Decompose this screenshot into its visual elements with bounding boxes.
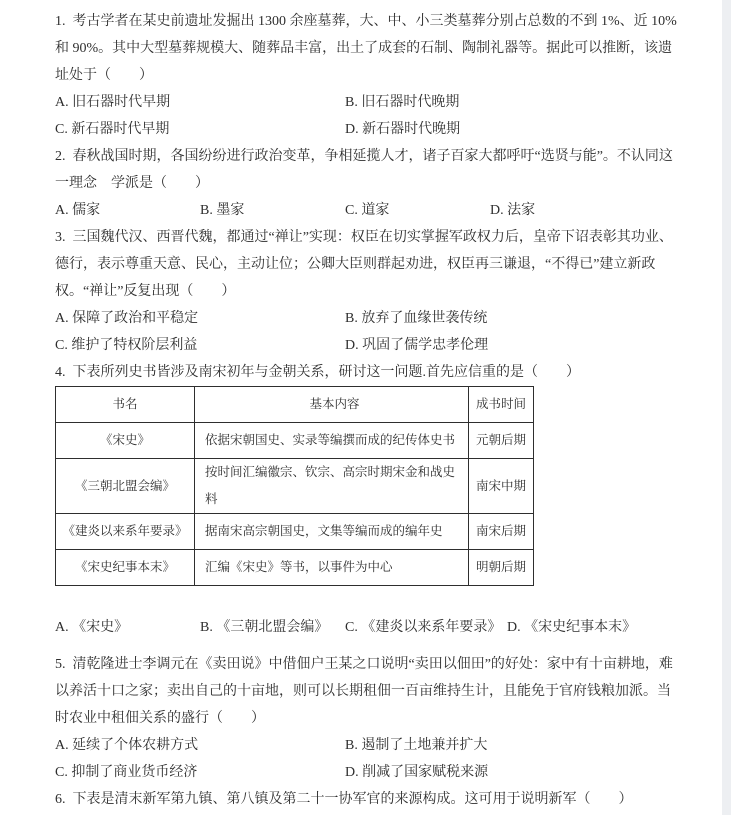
question-3: 3.三国魏代汉、西晋代魏，都通过“禅让”实现：权臣在切实掌握军政权力后，皇帝下诏… xyxy=(55,224,677,359)
table-row: 《建炎以来系年要录》 据南宋高宗朝国史，文集等编而成的编年史 南宋后期 xyxy=(56,514,534,550)
table-cell-date: 元朝后期 xyxy=(469,423,534,459)
table-cell-content: 按时间汇编徽宗、钦宗、高宗时期宋金和战史料 xyxy=(195,459,469,514)
question-1: 1.考古学者在某史前遗址发掘出 1300 余座墓葬，大、中、小三类墓葬分别占总数… xyxy=(55,8,677,143)
table-header-book-name: 书名 xyxy=(56,387,195,423)
question-4-option-c: C. 《建炎以来系年要录》 xyxy=(345,614,507,641)
question-5-options: A. 延续了个体农耕方式 B. 遏制了土地兼并扩大 C. 抑制了商业货币经济 D… xyxy=(55,732,677,786)
scrollbar-track[interactable] xyxy=(722,0,731,815)
question-5-option-d: D. 削减了国家赋税来源 xyxy=(345,759,677,786)
question-1-option-a: A. 旧石器时代早期 xyxy=(55,89,345,116)
question-3-option-d: D. 巩固了儒学忠孝伦理 xyxy=(345,332,677,359)
question-3-options: A. 保障了政治和平稳定 B. 放弃了血缘世袭传统 C. 维护了特权阶层利益 D… xyxy=(55,305,677,359)
table-cell-book-name: 《宋史》 xyxy=(56,423,195,459)
question-3-option-c: C. 维护了特权阶层利益 xyxy=(55,332,345,359)
question-5-option-b: B. 遏制了土地兼并扩大 xyxy=(345,732,677,759)
question-1-number: 1. xyxy=(55,14,66,29)
question-4-number: 4. xyxy=(55,365,66,380)
question-2-option-c: C. 道家 xyxy=(345,197,490,224)
question-1-stem: 1.考古学者在某史前遗址发掘出 1300 余座墓葬，大、中、小三类墓葬分别占总数… xyxy=(55,8,677,89)
question-2-stem: 2.春秋战国时期，各国纷纷进行政治变革，争相延揽人才，诸子百家大都呼吁“选贤与能… xyxy=(55,143,677,197)
question-1-option-b: B. 旧石器时代晚期 xyxy=(345,89,677,116)
table-cell-book-name: 《三朝北盟会编》 xyxy=(56,459,195,514)
question-3-option-b: B. 放弃了血缘世袭传统 xyxy=(345,305,677,332)
table-cell-content: 汇编《宋史》等书，以事件为中心 xyxy=(195,550,469,586)
question-3-option-a: A. 保障了政治和平稳定 xyxy=(55,305,345,332)
table-cell-date: 南宋后期 xyxy=(469,514,534,550)
question-5-stem-text: 清乾隆进士李调元在《卖田说》中借佃户王某之口说明“卖田以佃田”的好处：家中有十亩… xyxy=(55,657,673,726)
question-6-stem-text: 下表是清末新军第九镇、第八镇及第二十一协军官的来源构成。这可用于说明新军（ ） xyxy=(73,792,633,807)
question-4-stem: 4.下表所列史书皆涉及南宋初年与金朝关系，研讨这一问题.首先应信重的是（ ） xyxy=(55,359,677,386)
table-cell-date: 明朝后期 xyxy=(469,550,534,586)
table-header-content: 基本内容 xyxy=(195,387,469,423)
question-2-option-a: A. 儒家 xyxy=(55,197,200,224)
question-4-options: A. 《宋史》 B. 《三朝北盟会编》 C. 《建炎以来系年要录》 D. 《宋史… xyxy=(55,614,677,641)
table-cell-content: 据南宋高宗朝国史，文集等编而成的编年史 xyxy=(195,514,469,550)
question-6-stem: 6.下表是清末新军第九镇、第八镇及第二十一协军官的来源构成。这可用于说明新军（ … xyxy=(55,786,677,813)
question-1-option-c: C. 新石器时代早期 xyxy=(55,116,345,143)
question-1-stem-text: 考古学者在某史前遗址发掘出 1300 余座墓葬，大、中、小三类墓葬分别占总数的不… xyxy=(55,14,677,83)
question-2-option-b: B. 墨家 xyxy=(200,197,345,224)
question-4-option-b: B. 《三朝北盟会编》 xyxy=(200,614,345,641)
question-5-option-a: A. 延续了个体农耕方式 xyxy=(55,732,345,759)
table-row: 《三朝北盟会编》 按时间汇编徽宗、钦宗、高宗时期宋金和战史料 南宋中期 xyxy=(56,459,534,514)
table-cell-date: 南宋中期 xyxy=(469,459,534,514)
question-1-option-d: D. 新石器时代晚期 xyxy=(345,116,677,143)
question-5-number: 5. xyxy=(55,657,66,672)
exam-page: 1.考古学者在某史前遗址发掘出 1300 余座墓葬，大、中、小三类墓葬分别占总数… xyxy=(55,8,677,813)
question-4-option-d: D. 《宋史纪事本末》 xyxy=(507,614,677,641)
question-2-number: 2. xyxy=(55,149,66,164)
table-cell-book-name: 《建炎以来系年要录》 xyxy=(56,514,195,550)
question-5-stem: 5.清乾隆进士李调元在《卖田说》中借佃户王某之口说明“卖田以佃田”的好处：家中有… xyxy=(55,651,677,732)
question-5-option-c: C. 抑制了商业货币经济 xyxy=(55,759,345,786)
question-1-options: A. 旧石器时代早期 B. 旧石器时代晚期 C. 新石器时代早期 D. 新石器时… xyxy=(55,89,677,143)
question-3-number: 3. xyxy=(55,230,66,245)
question-4: 4.下表所列史书皆涉及南宋初年与金朝关系，研讨这一问题.首先应信重的是（ ） 书… xyxy=(55,359,677,641)
question-2-option-d: D. 法家 xyxy=(490,197,677,224)
question-3-stem-text: 三国魏代汉、西晋代魏，都通过“禅让”实现：权臣在切实掌握军政权力后，皇帝下诏表彰… xyxy=(55,230,673,299)
table-row: 《宋史纪事本末》 汇编《宋史》等书，以事件为中心 明朝后期 xyxy=(56,550,534,586)
question-2-options: A. 儒家 B. 墨家 C. 道家 D. 法家 xyxy=(55,197,677,224)
table-header-date: 成书时间 xyxy=(469,387,534,423)
table-cell-content: 依据宋朝国史、实录等编撰而成的纪传体史书 xyxy=(195,423,469,459)
question-2-stem-text: 春秋战国时期，各国纷纷进行政治变革，争相延揽人才，诸子百家大都呼吁“选贤与能”。… xyxy=(55,149,673,191)
table-header-row: 书名 基本内容 成书时间 xyxy=(56,387,534,423)
question-3-stem: 3.三国魏代汉、西晋代魏，都通过“禅让”实现：权臣在切实掌握军政权力后，皇帝下诏… xyxy=(55,224,677,305)
table-cell-book-name: 《宋史纪事本末》 xyxy=(56,550,195,586)
table-row: 《宋史》 依据宋朝国史、实录等编撰而成的纪传体史书 元朝后期 xyxy=(56,423,534,459)
question-5: 5.清乾隆进士李调元在《卖田说》中借佃户王某之口说明“卖田以佃田”的好处：家中有… xyxy=(55,651,677,786)
question-4-option-a: A. 《宋史》 xyxy=(55,614,200,641)
history-books-table: 书名 基本内容 成书时间 《宋史》 依据宋朝国史、实录等编撰而成的纪传体史书 元… xyxy=(55,386,534,586)
question-6-number: 6. xyxy=(55,792,66,807)
question-2: 2.春秋战国时期，各国纷纷进行政治变革，争相延揽人才，诸子百家大都呼吁“选贤与能… xyxy=(55,143,677,224)
question-4-stem-text: 下表所列史书皆涉及南宋初年与金朝关系，研讨这一问题.首先应信重的是（ ） xyxy=(73,365,581,380)
question-6: 6.下表是清末新军第九镇、第八镇及第二十一协军官的来源构成。这可用于说明新军（ … xyxy=(55,786,677,813)
